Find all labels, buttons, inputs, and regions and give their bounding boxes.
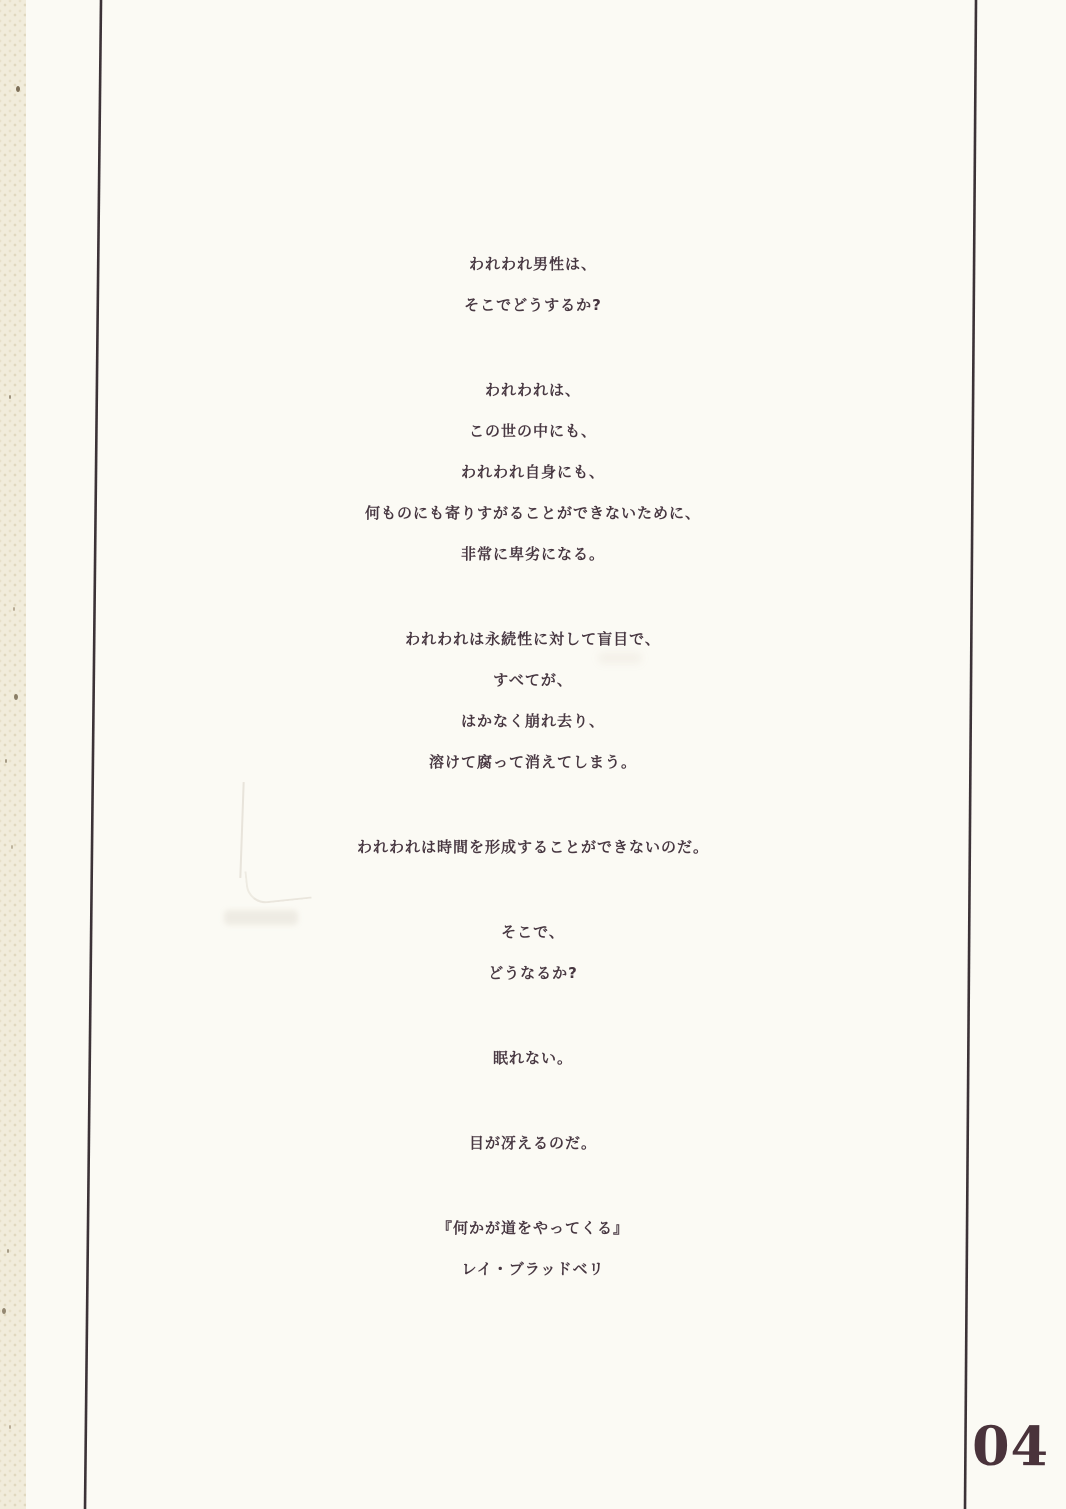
poem-line: 非常に卑劣になる。 [0, 534, 1066, 575]
poem-line: われわれは時間を形成することができないのだ。 [0, 827, 1066, 868]
poem-line: どうなるか? [0, 953, 1066, 994]
poem-line: 何ものにも寄りすがることができないために、 [0, 493, 1066, 534]
poem-line: この世の中にも、 [0, 411, 1066, 452]
page-number: 04 [972, 1416, 1050, 1477]
poem-line: 溶けて腐って消えてしまう。 [0, 742, 1066, 783]
stanza: そこで、 どうなるか? [0, 912, 1066, 994]
poem-line: われわれ男性は、 [0, 244, 1066, 285]
attribution-title: 『何かが道をやってくる』 [0, 1208, 1066, 1249]
stanza: われわれ男性は、 そこでどうするか? [0, 244, 1066, 326]
poem-line: 目が冴えるのだ。 [0, 1123, 1066, 1164]
stanza: われわれは永続性に対して盲目で、 すべてが、 はかなく崩れ去り、 溶けて腐って消… [0, 619, 1066, 783]
stanza: 眠れない。 [0, 1038, 1066, 1079]
poem-line: はかなく崩れ去り、 [0, 701, 1066, 742]
stanza: 目が冴えるのだ。 [0, 1123, 1066, 1164]
stanza: われわれは、 この世の中にも、 われわれ自身にも、 何ものにも寄りすがることがで… [0, 370, 1066, 575]
poem-line: そこで、 [0, 912, 1066, 953]
poem-line: 眠れない。 [0, 1038, 1066, 1079]
poem-line: われわれは永続性に対して盲目で、 [0, 619, 1066, 660]
quotation-text-block: われわれ男性は、 そこでどうするか? われわれは、 この世の中にも、 われわれ自… [0, 0, 1066, 1290]
poem-line: すべてが、 [0, 660, 1066, 701]
attribution-author: レイ・ブラッドベリ [0, 1249, 1066, 1290]
attribution: 『何かが道をやってくる』 レイ・ブラッドベリ [0, 1208, 1066, 1290]
scanned-book-page: われわれ男性は、 そこでどうするか? われわれは、 この世の中にも、 われわれ自… [0, 0, 1066, 1509]
poem-line: そこでどうするか? [0, 285, 1066, 326]
poem-line: われわれは、 [0, 370, 1066, 411]
stanza: われわれは時間を形成することができないのだ。 [0, 827, 1066, 868]
poem-line: われわれ自身にも、 [0, 452, 1066, 493]
